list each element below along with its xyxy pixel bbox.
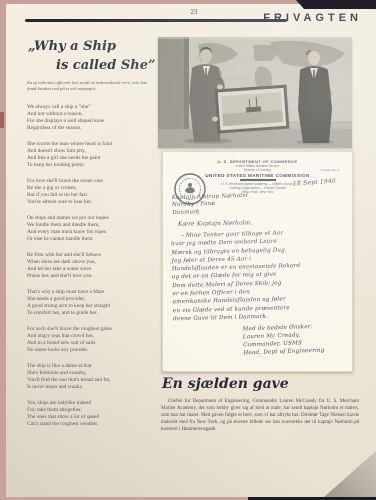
framed-ship-painting <box>215 85 290 134</box>
poem-line: For love she'll brave the ocean vast <box>27 178 162 185</box>
poem-title-line1: „Why a Ship <box>28 39 116 54</box>
poem-title-line2: is called She” <box>56 56 155 75</box>
poem-line: For such she'll brave the roughest gales <box>27 326 162 333</box>
poem-line: On ships and dames we pin our hopes <box>27 215 162 222</box>
letter-salutation: Kære Kaptajn Nørholm, <box>178 220 253 227</box>
poem-stanza: For love she'll brave the ocean vast Be … <box>27 178 162 206</box>
poem-line: For, take them altogether, <box>27 407 162 414</box>
article-heading: En sjælden gave <box>162 376 289 392</box>
poem-line: When skies are dark above you, <box>27 259 162 266</box>
poem-line: A good strong arm to keep her straight <box>27 303 162 310</box>
hand-lower <box>212 117 218 122</box>
poem-line: Yes, ships are ladylike indeed <box>27 400 162 407</box>
poem-line: And like a girl she needs the paint <box>27 155 162 162</box>
recipient-line: Danmark <box>172 208 248 217</box>
poem-title: „Why a Ship is called She” <box>28 37 155 75</box>
poem-line: And in a brand new suit of sails <box>27 340 162 347</box>
letterhead-commission: UNITED STATES MARITIME COMMISSION <box>203 173 312 179</box>
letter-closing: Med de bedste Ønsker, Lauren Mc Cready, … <box>242 323 324 358</box>
poem-line: The ship is like a dame at that <box>27 363 162 370</box>
header-rule <box>25 19 287 22</box>
poem-stanza: Yes, ships are ladylike indeed For, take… <box>27 400 162 428</box>
poem-line: To keep her looking pretty. <box>27 162 162 169</box>
page-number: 23 <box>182 8 206 16</box>
poem-line: Or else he cannot handle them. <box>27 236 162 243</box>
poem-line: Is never mean and cranky. <box>27 384 162 391</box>
poem-stanza: On ships and dames we pin our hopes We f… <box>27 215 162 243</box>
poem-line: We fondle them and dandle them, <box>27 222 162 229</box>
letterhead-reply-ref: In reply refer to <box>313 168 347 172</box>
letterhead: U. S. DEPARTMENT OF COMMERCE United Stat… <box>203 159 312 194</box>
poem-line: Can't stand the roughest weather. <box>27 421 162 428</box>
photo-painting-presentation <box>158 37 352 148</box>
scan-dark-corner <box>296 0 376 9</box>
poem-intro: En af rederiets officerer har sendt os n… <box>27 80 155 92</box>
poem-line: And every man must know his ropes <box>27 229 162 236</box>
magazine-title: FRIVAGTEN <box>263 12 362 24</box>
closing-line: Head, Dept of Engineering <box>243 347 324 358</box>
photo-top-edge <box>158 37 352 39</box>
letterhead-rule <box>240 179 276 181</box>
poem-stanza: That's why a ship must have a Mate She n… <box>27 289 162 317</box>
poem-line: That's why a ship must have a Mate <box>27 289 162 296</box>
poem-line: We always call a ship a “she” <box>27 104 162 111</box>
poem-line: No dame looks any prouder. <box>27 347 162 354</box>
poem-line: She's feminine and swanky, <box>27 370 162 377</box>
letter-date: 18 Sept 1946 <box>293 178 336 188</box>
poem-line: And let her take a water wave <box>27 266 162 273</box>
scanned-magazine-page: 23 FRIVAGTEN „Why a Ship is called She” … <box>0 0 376 500</box>
poem-stanza: We always call a ship a “she” And not wi… <box>27 104 162 132</box>
poem-line: And doesn't show him pity, <box>27 148 162 155</box>
poem-line: She needs a good provider, <box>27 296 162 303</box>
poem-stanza: The ship is like a dame at that She's fe… <box>27 363 162 391</box>
hand-upper <box>217 85 223 90</box>
poem-line: Regardless of the season. <box>27 125 162 132</box>
poem-line: She scorns the man whose heart is faint <box>27 141 162 148</box>
poem-line: Be firm with her and she'll behave <box>27 252 162 259</box>
page-paper: 23 FRIVAGTEN „Why a Ship is called She” … <box>6 4 376 497</box>
poem-line: Praise her, and she'll love you. <box>27 273 162 280</box>
poem-line: You're almost sure to lose her. <box>27 199 162 206</box>
letter-recipient: Kaptajn Alstrup Nørholm Nordby - Fanø Da… <box>172 193 249 217</box>
poem-line: But if you fail to tie her fast <box>27 192 162 199</box>
poem-line: For she displays a well shaped knee <box>27 118 162 125</box>
poem-line: And angry seas that crowd her, <box>27 333 162 340</box>
letterhead-sub2: Division of Training <box>203 168 312 172</box>
poem-stanza: For such she'll brave the roughest gales… <box>27 326 162 354</box>
poem-line: The ones that show a lot of speed <box>27 414 162 421</box>
poem-stanza: She scorns the man whose heart is faint … <box>27 141 162 169</box>
letter-body: – Mine Tanker gaar tilbage et Aar hvor j… <box>171 228 349 324</box>
poem-line: Be she a gig or cruiser, <box>27 185 162 192</box>
poem-line: You'll find the one that's broad and fat… <box>27 377 162 384</box>
poem-line: And not without a reason, <box>27 111 162 118</box>
poem-line: To comfort her, and to guide her. <box>27 310 162 317</box>
scan-edge-mark <box>0 112 4 128</box>
article-body: Chefen for Department of Engineering, Co… <box>161 398 359 433</box>
letter-document: U. S. DEPARTMENT OF COMMERCE United Stat… <box>162 151 353 372</box>
poem-stanza: Be firm with her and she'll behave When … <box>27 252 162 280</box>
poem-text: We always call a ship a “she” And not wi… <box>27 104 162 437</box>
